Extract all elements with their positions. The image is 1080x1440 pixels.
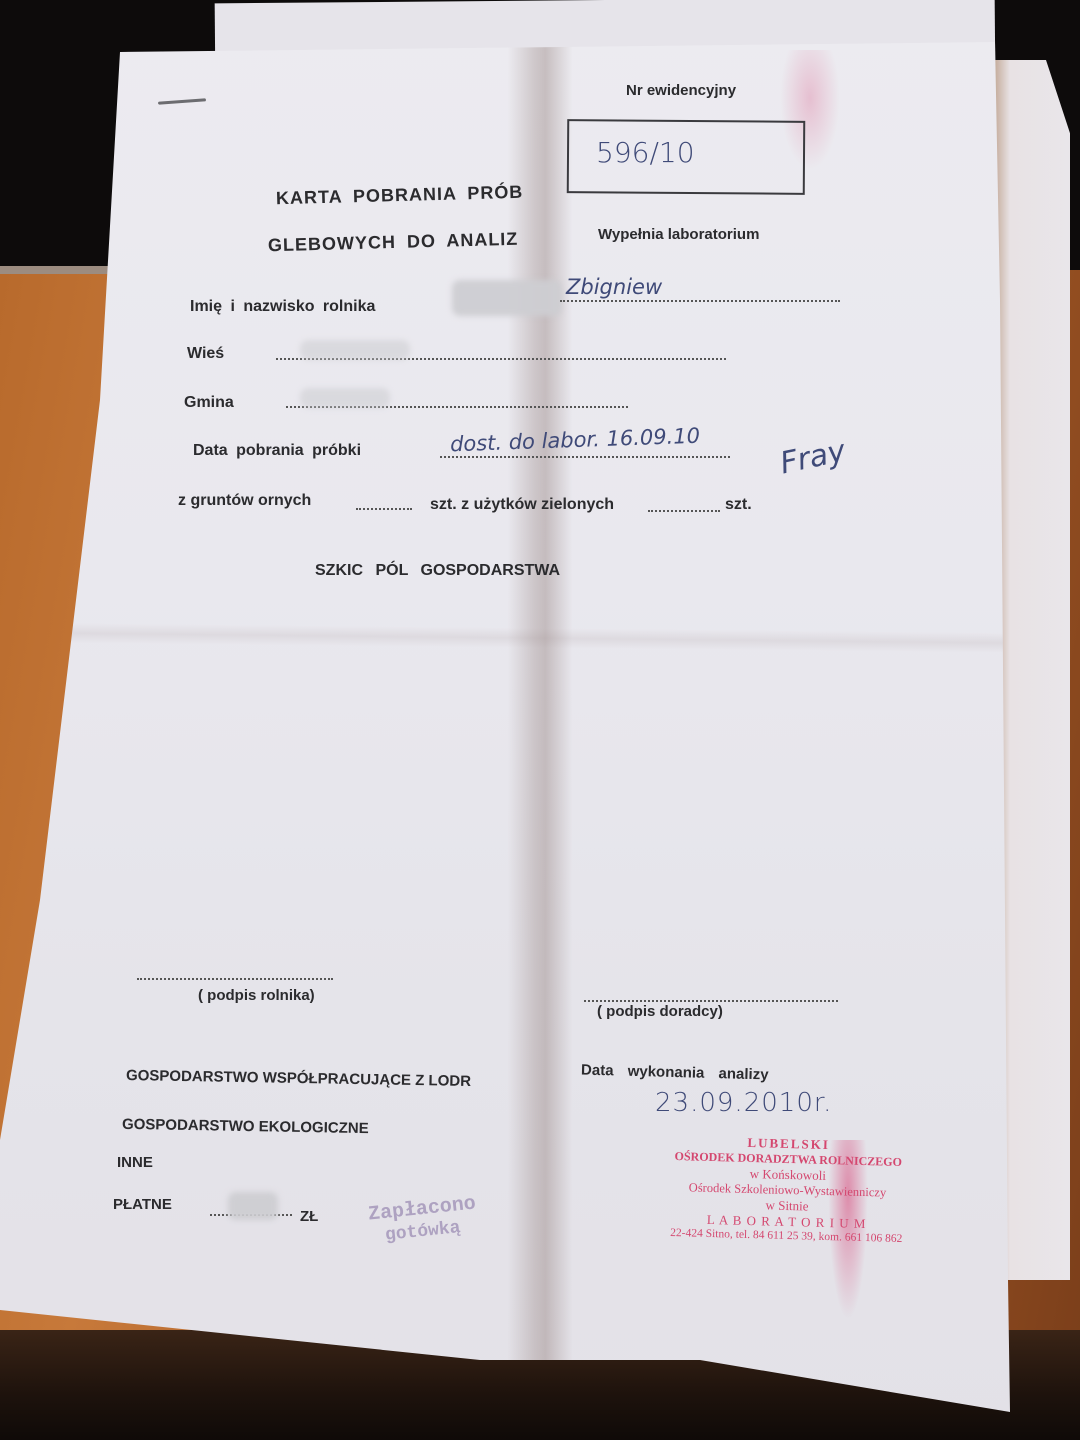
form-title-line1: KARTA POBRANIA PRÓB xyxy=(276,182,524,209)
sketch-heading: SZKIC PÓL GOSPODARSTWA xyxy=(315,562,560,580)
advisor-signature-line xyxy=(584,1000,838,1002)
payment-label: PŁATNE xyxy=(113,1196,172,1213)
lab-stamp: LUBELSKI OŚRODEK DORADZTWA ROLNICZEGO w … xyxy=(644,1132,932,1245)
sampling-date-line xyxy=(440,456,730,458)
arable-count-line xyxy=(356,508,412,510)
registry-label: Nr ewidencyjny xyxy=(626,82,736,99)
redacted-commune xyxy=(300,388,390,408)
sampling-date-value: dost. do labor. 16.09.10 xyxy=(450,424,701,457)
arable-label: z gruntów ornych xyxy=(178,492,311,510)
redacted-village xyxy=(300,340,410,360)
advisor-signature-label: ( podpis doradcy) xyxy=(597,1003,723,1020)
category-lodr: GOSPODARSTWO WSPÓŁPRACUJĄCE Z LODR xyxy=(126,1067,471,1090)
form-paper: Nr ewidencyjny 596/10 Wypełnia laborator… xyxy=(0,0,1080,1440)
currency-label: ZŁ xyxy=(300,1208,318,1225)
redacted-amount xyxy=(228,1192,278,1220)
initials-signature: Fray xyxy=(777,434,849,482)
farmer-name-line xyxy=(560,300,840,302)
farmer-signature-label: ( podpis rolnika) xyxy=(198,987,315,1004)
redacted-surname xyxy=(452,280,562,316)
form-title-line2: GLEBOWYCH DO ANALIZ xyxy=(268,229,519,257)
paper-fold xyxy=(60,623,1010,653)
grassland-count-line xyxy=(648,510,720,512)
pieces-suffix: szt. xyxy=(725,496,752,514)
staple-mark xyxy=(158,98,206,104)
category-ecological: GOSPODARSTWO EKOLOGICZNE xyxy=(122,1116,369,1137)
registry-number: 596/10 xyxy=(596,136,695,169)
analysis-date-label: Data wykonania analizy xyxy=(581,1062,769,1084)
desk-edge xyxy=(0,266,120,274)
category-other: INNE xyxy=(117,1154,153,1171)
commune-label: Gmina xyxy=(184,394,234,412)
farmer-name-value: Zbigniew xyxy=(566,275,662,299)
sampling-date-label: Data pobrania próbki xyxy=(193,442,361,460)
lab-fill-note: Wypełnia laboratorium xyxy=(598,226,759,243)
farmer-name-label: Imię i nazwisko rolnika xyxy=(190,298,375,316)
grassland-label: szt. z użytków zielonych xyxy=(430,496,614,514)
analysis-date-value: 23.09.2010r. xyxy=(655,1088,832,1118)
farmer-signature-line xyxy=(137,978,333,980)
village-label: Wieś xyxy=(187,345,224,363)
